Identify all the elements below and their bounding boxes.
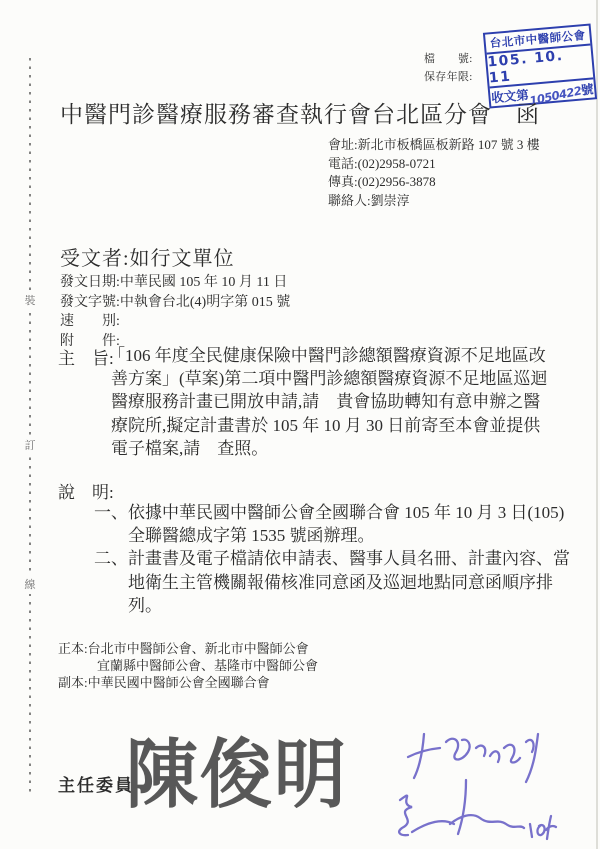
contact-block: 會址:新北市板橋區板新路 107 號 3 樓 電話:(02)2958-0721 … bbox=[328, 136, 540, 210]
contact-person: 聯絡人:劉崇淳 bbox=[328, 192, 540, 211]
explanation-line: 全聯醫總成字第 1535 號函辦理。 bbox=[128, 524, 564, 547]
explanation-line: 列。 bbox=[128, 594, 570, 617]
contact-phone: 電話:(02)2958-0721 bbox=[328, 155, 540, 174]
subject-line: 「106 年度全民健康保險中醫門診總額醫療資源不足地區改 bbox=[108, 344, 558, 367]
chairman-title: 主任委員 bbox=[58, 771, 134, 796]
explanation-item-1: 一、 依據中華民國中醫師公會全國聯合會 105 年 10 月 3 日(105) … bbox=[94, 501, 570, 547]
handwritten-annotation bbox=[338, 712, 573, 847]
retention-label: 保存年限: bbox=[424, 69, 486, 87]
document-title: 中醫門診醫療服務審查執行會台北區分會 函 bbox=[0, 96, 600, 129]
binding-line: 裝 訂 線 bbox=[29, 58, 31, 792]
subject-line: 電子檔案,請 查照。 bbox=[111, 437, 558, 460]
contact-fax: 傳真:(02)2956-3878 bbox=[328, 173, 540, 192]
contact-address: 會址:新北市板橋區板新路 107 號 3 樓 bbox=[328, 136, 540, 155]
chairman-name-seal: 陳俊明 bbox=[126, 714, 348, 822]
file-labels: 檔 號: 保存年限: bbox=[424, 51, 486, 86]
explanation-line: 計畫書及電子檔請依申請表、醫事人員名冊、計畫內容、當 bbox=[128, 547, 570, 570]
binding-char-zhuang: 裝 bbox=[23, 292, 37, 310]
subject-line: 療院所,擬定計畫書於 105 年 10 月 30 日前寄至本會並提供 bbox=[111, 414, 558, 437]
issue-date: 發文日期:中華民國 105 年 10 月 11 日 bbox=[60, 273, 290, 293]
original-copy-line1: 正本:台北市中醫師公會、新北市中醫師公會 bbox=[58, 640, 318, 657]
doc-number: 發文字號:中執會台北(4)明字第 015 號 bbox=[60, 293, 290, 313]
file-number-label: 檔 號: bbox=[424, 51, 486, 69]
subject-line: 善方案」(草案)第二項中醫門診總額醫療資源不足地區巡迴 bbox=[111, 367, 558, 390]
item-text: 計畫書及電子檔請依申請表、醫事人員名冊、計畫內容、當 地衛生主管機關報備核准同意… bbox=[128, 547, 570, 617]
subject-body: 「106 年度全民健康保險中醫門診總額醫療資源不足地區改 善方案」(草案)第二項… bbox=[108, 344, 558, 460]
subject-label: 主 旨: bbox=[58, 344, 114, 369]
item-text: 依據中華民國中醫師公會全國聯合會 105 年 10 月 3 日(105) 全聯醫… bbox=[128, 501, 564, 547]
item-number: 二、 bbox=[94, 547, 128, 617]
explanation-line: 依據中華民國中醫師公會全國聯合會 105 年 10 月 3 日(105) bbox=[128, 501, 564, 524]
binding-char-ding: 訂 bbox=[23, 437, 37, 455]
subject-line: 醫療服務計畫已開放申請,請 貴會協助轉知有意申辦之醫 bbox=[111, 390, 558, 413]
recipient-line: 受文者:如行文單位 bbox=[60, 242, 235, 271]
original-copy-line2: 宜蘭縣中醫師公會、基隆市中醫師公會 bbox=[58, 657, 318, 674]
speed-label: 速 別: bbox=[60, 312, 290, 332]
explanation-items: 一、 依據中華民國中醫師公會全國聯合會 105 年 10 月 3 日(105) … bbox=[94, 501, 570, 617]
binding-char-xian: 線 bbox=[23, 576, 37, 594]
explanation-label: 說 明: bbox=[58, 478, 114, 503]
meta-block: 發文日期:中華民國 105 年 10 月 11 日 發文字號:中執會台北(4)明… bbox=[60, 273, 290, 351]
explanation-item-2: 二、 計畫書及電子檔請依申請表、醫事人員名冊、計畫內容、當 地衛生主管機關報備核… bbox=[94, 547, 570, 617]
cc-copy-line: 副本:中華民國中醫師公會全國聯合會 bbox=[58, 674, 318, 691]
copies-block: 正本:台北市中醫師公會、新北市中醫師公會 宜蘭縣中醫師公會、基隆市中醫師公會 副… bbox=[58, 640, 318, 692]
item-number: 一、 bbox=[94, 501, 128, 547]
explanation-line: 地衛生主管機關報備核准同意函及巡迴地點同意函順序排 bbox=[128, 571, 570, 594]
